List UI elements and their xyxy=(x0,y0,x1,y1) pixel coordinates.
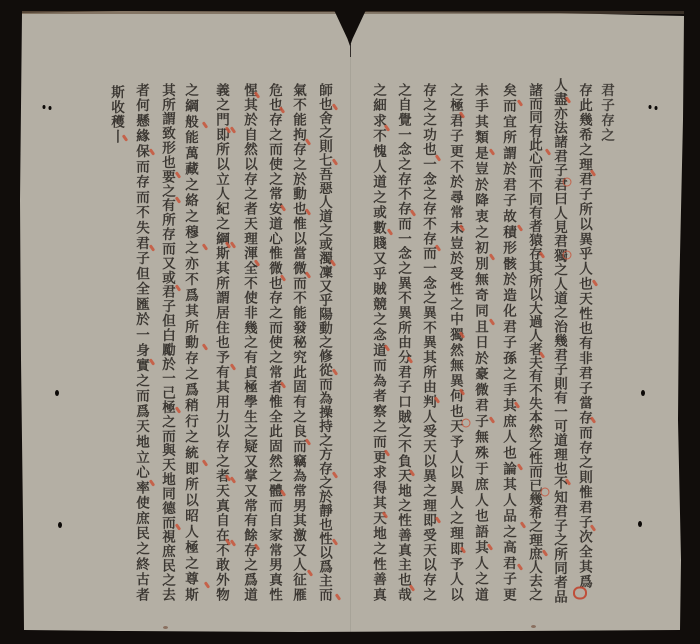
document-title: 君子存之 xyxy=(597,83,615,143)
text-column: 義之門即所以立人紀之綱斯其所謂居住也予有其用力以存之者天真自在不敢外物 xyxy=(212,83,230,601)
text-column: 存此幾希之理君子所以異乎人也天性也有非君子當存而存之則惟君子次全其爲 xyxy=(575,83,593,588)
text-column: 諸而同有此心而不同有者猿存其所以大過人者夫有不失本然之性而已幾希之理庶人去之 xyxy=(525,83,543,601)
edge-stain xyxy=(531,625,536,628)
text-column: 惺其於自然以存之者天理渾全不使非幾之有貞極學生之疑又掌又常有餘存之爲道 xyxy=(240,83,258,601)
binding-hole xyxy=(638,521,642,527)
text-column: 未手其類是豈於降衷之初別無奇同且日於豪微君子無殊于庶人也語其人之道 xyxy=(471,83,489,601)
text-column: 存之之功也一念之存不存而一念之異不異其所由判人受天以異之理即受天以存之 xyxy=(419,83,437,601)
text-column: 氣不能拘存之於動也惟以當微而不能發秘究此固有之良而竊為常男其激又人征雁 xyxy=(289,83,307,601)
binding-hole xyxy=(641,390,645,396)
text-column: 之自覺一念之存不存而一念之異不異所由分君子口賊之不負天地之性善真主也哉 xyxy=(394,83,412,601)
binding-hole xyxy=(649,105,652,109)
text-column: 人盡亦法諸君子君曰人見君獨之人道之治幾君子則有一可道理也不知君子之所同者品 xyxy=(550,78,568,603)
text-column-final: 斯收穫丨 xyxy=(107,85,125,145)
text-column: 其所謂致形也要之有所存而又或君子但白勵於一己極之而與天地同德而視庶民之去 xyxy=(158,83,176,601)
binding-hole xyxy=(58,522,62,528)
binding-hole xyxy=(43,105,46,109)
binding-hole xyxy=(655,106,658,110)
text-column: 危也存之而使之常安道心惟微也存之而使之常者惟全此固然之體而自家常男真性 xyxy=(265,83,283,601)
text-column: 者何懸緣保而存而不失君子但全匯於一身實之而爲天地立心率使庶民之終古者 xyxy=(132,83,150,601)
text-column: 之綱般能萬藏之絡之穆之亦不爲其所動存之爲稍行之統即所以昭人極之尊斯 xyxy=(181,83,199,601)
center-fold-line xyxy=(350,55,351,632)
text-column: 之細求不愧人道之或數賤又乎賊競之念道而為者察之而更求得其天地之性善真 xyxy=(369,83,387,601)
binding-hole xyxy=(49,106,52,110)
edge-stain xyxy=(163,626,168,629)
text-column: 矣而宜所謂於君子故積形骸於造化君子孫之手其庶人也論其人品之高君子更 xyxy=(499,83,517,601)
text-column: 師也舍之則七吾惡人道之或濁凜又乎陽動之修從而為操持之方存之於靜也性以爲主而 xyxy=(315,83,333,601)
binding-hole xyxy=(55,390,59,396)
text-column: 之極君子更不於尋常未豈於受性之中獨然無異何也天予人以異人之理即予人以 xyxy=(446,83,464,601)
